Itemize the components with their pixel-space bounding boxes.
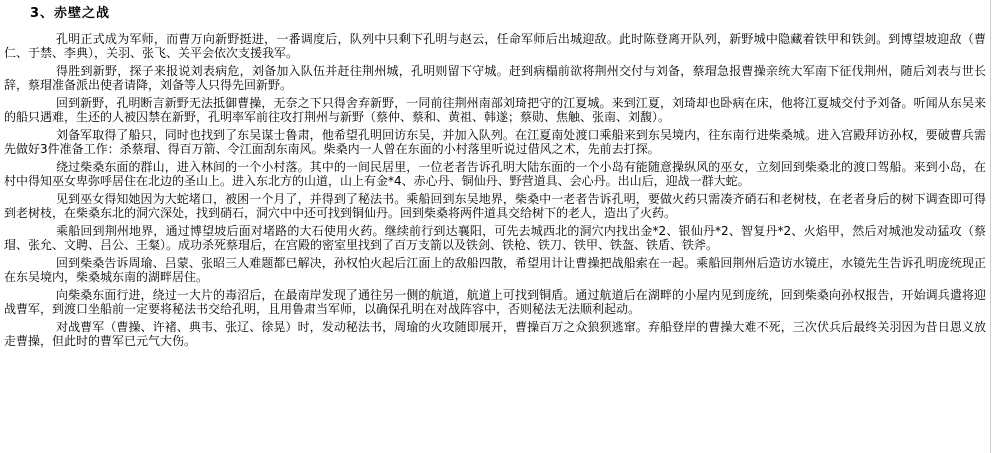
paragraph-battle-bowangpo: 孔明正式成为军师，而曹万向新野挺进，一番调度后，队列中只剩下孔明与赵云，任命军师… bbox=[4, 32, 986, 60]
paragraph-liubiao-illness: 得胜到新野，探子来报说刘表病危，刘备加入队伍并赶往荆州城，孔明则留下守城。赶到病… bbox=[4, 64, 986, 92]
paragraph-report-chains: 回到柴桑告诉周瑜、吕蒙、张昭三人难题都已解决，孙权怕火起后江面上的敌船四散，希望… bbox=[4, 256, 986, 284]
paragraph-final-battle: 对战曹军（曹操、许褚、典韦、张辽、徐晃）时，发动秘法书，周瑜的火攻随即展开，曹操… bbox=[4, 320, 986, 348]
paragraph-retreat-jiangxia: 回到新野，孔明断言新野无法抵御曹操，无奈之下只得舍弃新野，一同前往荆州南部刘琦把… bbox=[4, 96, 986, 124]
paragraph-pangtong-prepare: 向柴桑东面行进，绕过一大片的毒沼后，在最南岸发现了通往另一侧的航道，航道上可找到… bbox=[4, 288, 986, 316]
paragraph-witch-gunpowder: 见到巫女得知她因为大蛇堵口，被困一个月了，并得到了秘法书。乘船回到东吴地界，柴桑… bbox=[4, 192, 986, 220]
section-title: 3、赤壁之战 bbox=[30, 7, 986, 21]
right-border-line bbox=[990, 0, 991, 453]
walkthrough-document: 3、赤壁之战 孔明正式成为军师，而曹万向新野挺进，一番调度后，队列中只剩下孔明与… bbox=[0, 0, 986, 352]
paragraph-visit-sunquan: 刘备军取得了船只，同时也找到了东吴谋士鲁肃，他希望孔明回访东吴，并加入队列。在江… bbox=[4, 128, 986, 156]
paragraph-island-shrine: 绕过柴桑东面的群山，进入林间的一个小村落。其中的一间民居里，一位老者告诉孔明大陆… bbox=[4, 160, 986, 188]
paragraph-xiangyang-assault: 乘船回到荆州地界，通过博望坡后面对堵路的大石使用火药。继续前行到达襄阳，可先去城… bbox=[4, 224, 986, 252]
